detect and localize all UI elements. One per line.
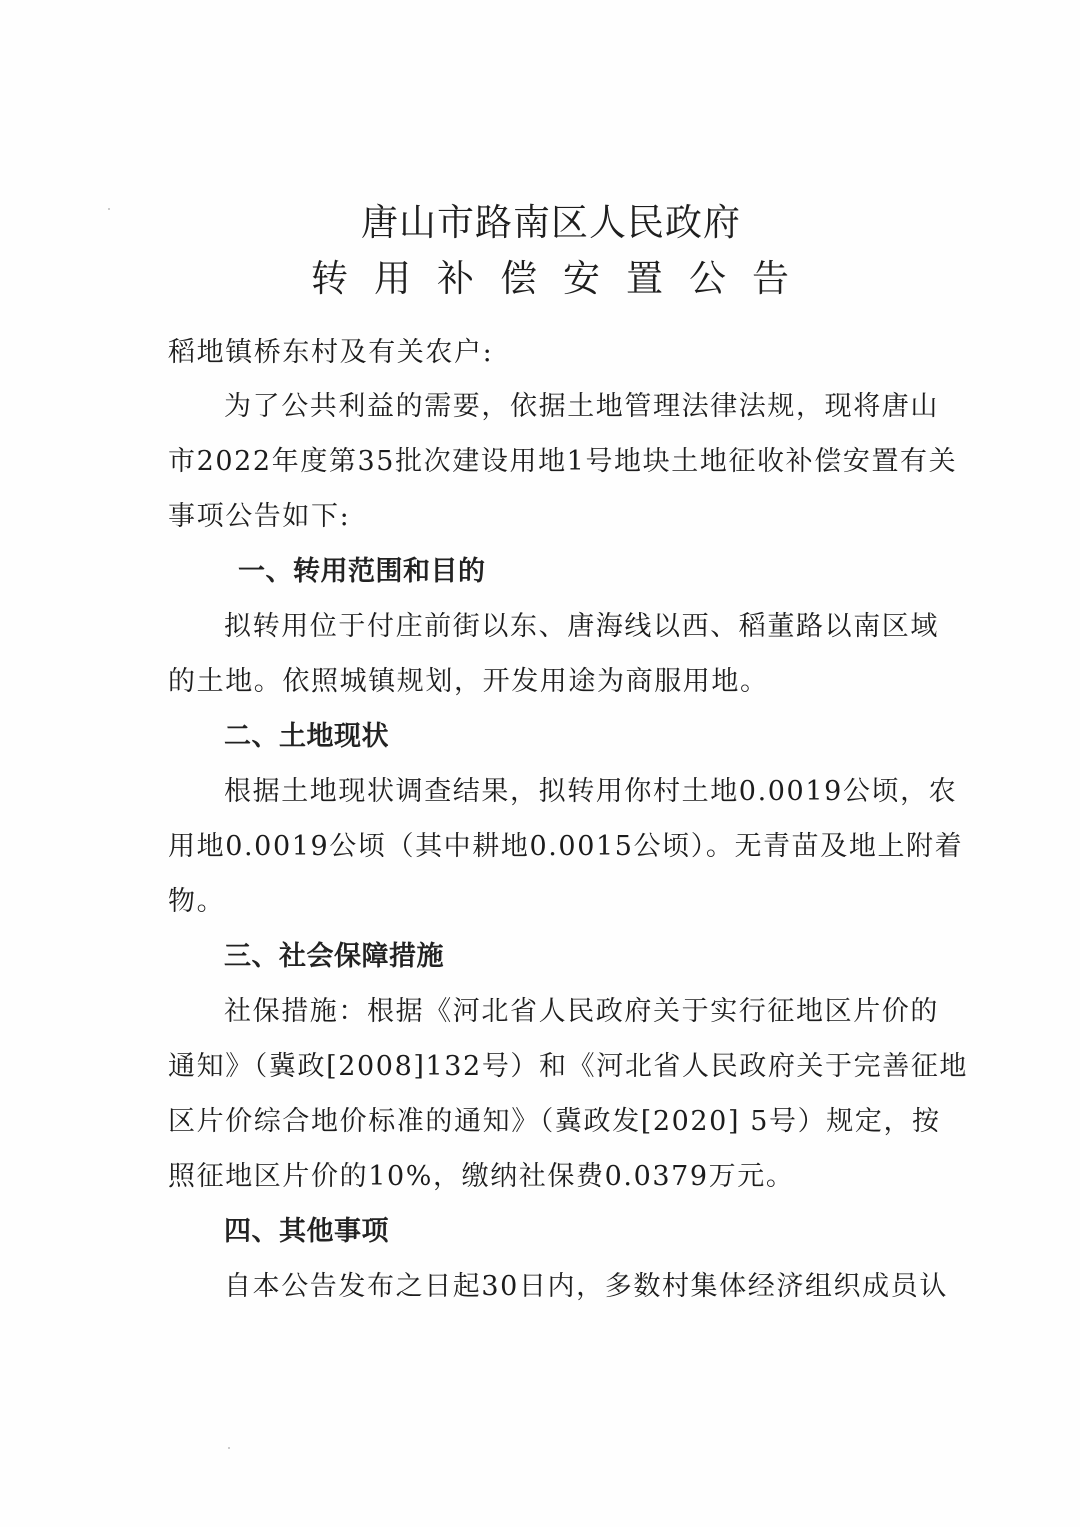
intro-line-2: 市2022年度第35批次建设用地1号地块土地征收补偿安置有关 [168,439,957,478]
intro-line-1: 为了公共利益的需要，依据土地管理法律法规，现将唐山 [224,384,939,423]
section-3-line-2: 通知》（冀政[2008]132号）和《河北省人民政府关于完善征地 [168,1044,968,1083]
scan-speck [228,1447,230,1449]
section-1-line-1: 拟转用位于付庄前街以东、唐海线以西、稻董路以南区域 [224,604,939,643]
intro-line-3: 事项公告如下: [168,494,350,533]
section-2-line-2: 用地0.0019公顷（其中耕地0.0015公顷）。无青苗及地上附着 [168,824,963,863]
document-page: 唐山市路南区人民政府 转用补偿安置公告 稻地镇桥东村及有关农户: 为了公共利益的… [0,0,1080,1527]
section-4-line-1: 自本公告发布之日起30日内，多数村集体经济组织成员认 [224,1264,948,1303]
section-2-line-1: 根据土地现状调查结果，拟转用你村土地0.0019公顷，农 [224,769,957,808]
section-3-line-1: 社保措施：根据《河北省人民政府关于实行征地区片价的 [224,989,939,1028]
scan-speck [108,208,110,210]
section-1-heading: 一、转用范围和目的 [238,549,486,588]
section-4-heading: 四、其他事项 [224,1209,389,1248]
section-1-line-2: 的土地。依照城镇规划，开发用途为商服用地。 [168,659,769,698]
salutation: 稻地镇桥东村及有关农户: [168,330,493,369]
section-2-heading: 二、土地现状 [224,714,389,753]
document-title: 唐山市路南区人民政府 [0,192,1080,246]
section-3-line-3: 区片价综合地价标准的通知》（冀政发[2020] 5号）规定，按 [168,1099,941,1138]
section-3-line-4: 照征地区片价的10%，缴纳社保费0.0379万元。 [168,1154,794,1193]
section-2-line-3: 物。 [168,879,225,918]
document-subtitle: 转用补偿安置公告 [0,248,1080,302]
section-3-heading: 三、社会保障措施 [224,934,444,973]
